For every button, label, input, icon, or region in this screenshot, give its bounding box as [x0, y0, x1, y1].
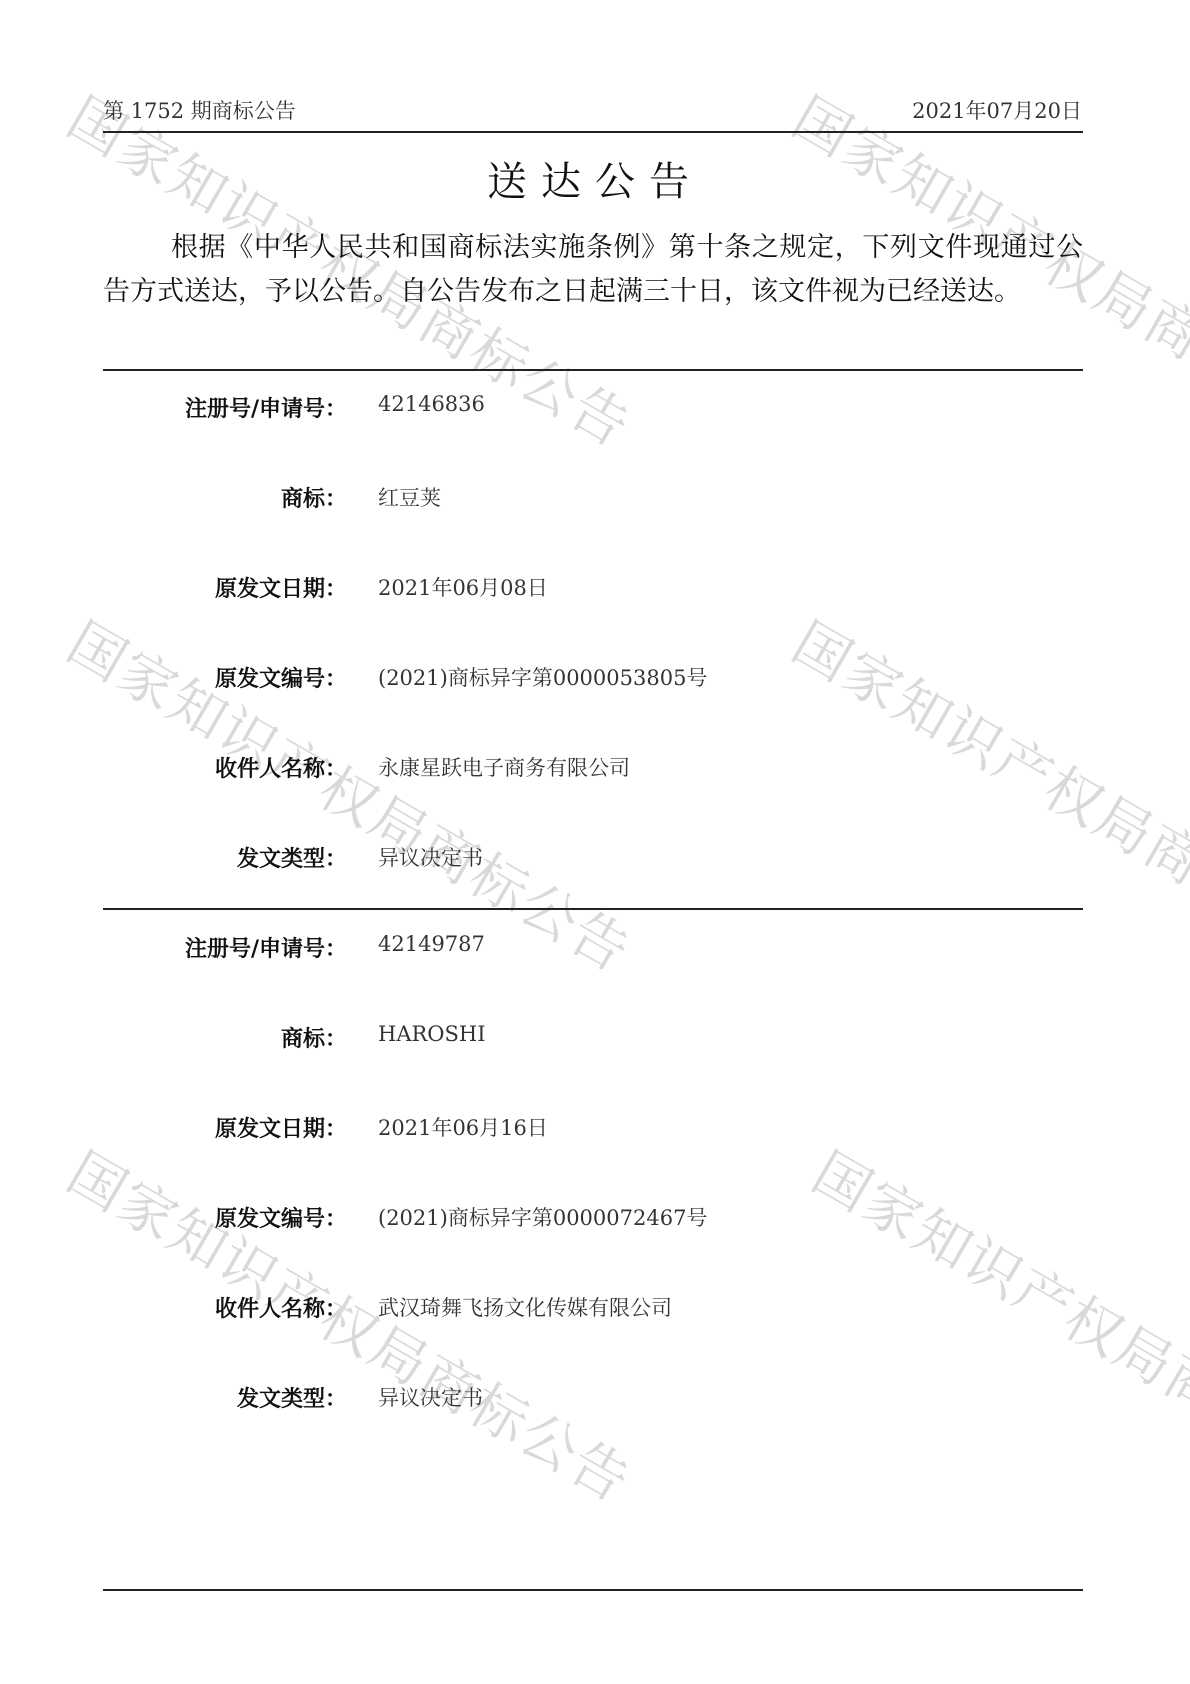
section-rule — [103, 369, 1083, 371]
field-label: 原发文编号： — [215, 662, 347, 693]
field-row: 收件人名称： 永康星跃电子商务有限公司 — [0, 752, 1190, 792]
field-label: 收件人名称： — [215, 752, 347, 783]
field-row: 原发文日期： 2021年06月16日 — [0, 1112, 1190, 1152]
watermark: 国家知识产权局商标公告 — [780, 600, 1190, 988]
original-date: 2021年06月08日 — [378, 572, 548, 602]
field-label: 原发文日期： — [215, 1112, 347, 1143]
document-number: (2021)商标异字第0000053805号 — [378, 662, 707, 692]
field-label: 原发文日期： — [215, 572, 347, 603]
field-row: 原发文编号： (2021)商标异字第0000072467号 — [0, 1202, 1190, 1242]
field-label: 商标： — [281, 482, 347, 513]
document-number: (2021)商标异字第0000072467号 — [378, 1202, 707, 1232]
document-type: 异议决定书 — [378, 1382, 483, 1412]
trademark: 红豆荚 — [378, 482, 441, 512]
field-label: 商标： — [281, 1022, 347, 1053]
watermark: 国家知识产权局商标公告 — [55, 600, 648, 988]
intro-paragraph: 根据《中华人民共和国商标法实施条例》第十条之规定，下列文件现通过公告方式送达，予… — [103, 226, 1083, 314]
registration-number: 42149787 — [378, 932, 485, 956]
publication-date: 2021年07月20日 — [912, 95, 1082, 125]
field-label: 注册号/申请号： — [185, 932, 347, 963]
field-row: 商标： HAROSHI — [0, 1022, 1190, 1062]
field-row: 注册号/申请号： 42149787 — [0, 932, 1190, 972]
registration-number: 42146836 — [378, 392, 485, 416]
field-row: 发文类型： 异议决定书 — [0, 1382, 1190, 1422]
field-label: 发文类型： — [237, 842, 347, 873]
original-date: 2021年06月16日 — [378, 1112, 548, 1142]
field-row: 发文类型： 异议决定书 — [0, 842, 1190, 882]
field-row: 原发文编号： (2021)商标异字第0000053805号 — [0, 662, 1190, 702]
field-label: 注册号/申请号： — [185, 392, 347, 423]
footer-rule — [103, 1589, 1083, 1591]
field-label: 发文类型： — [237, 1382, 347, 1413]
document-type: 异议决定书 — [378, 842, 483, 872]
field-row: 注册号/申请号： 42146836 — [0, 392, 1190, 432]
field-row: 收件人名称： 武汉琦舞飞扬文化传媒有限公司 — [0, 1292, 1190, 1332]
trademark: HAROSHI — [378, 1022, 486, 1046]
header-rule — [103, 131, 1083, 133]
issue-number: 第 1752 期商标公告 — [103, 95, 296, 125]
field-row: 商标： 红豆荚 — [0, 482, 1190, 522]
field-row: 原发文日期： 2021年06月08日 — [0, 572, 1190, 612]
field-label: 原发文编号： — [215, 1202, 347, 1233]
record-divider — [103, 908, 1083, 910]
recipient-name: 永康星跃电子商务有限公司 — [378, 752, 630, 782]
field-label: 收件人名称： — [215, 1292, 347, 1323]
page-title: 送达公告 — [0, 150, 1190, 207]
recipient-name: 武汉琦舞飞扬文化传媒有限公司 — [378, 1292, 672, 1322]
